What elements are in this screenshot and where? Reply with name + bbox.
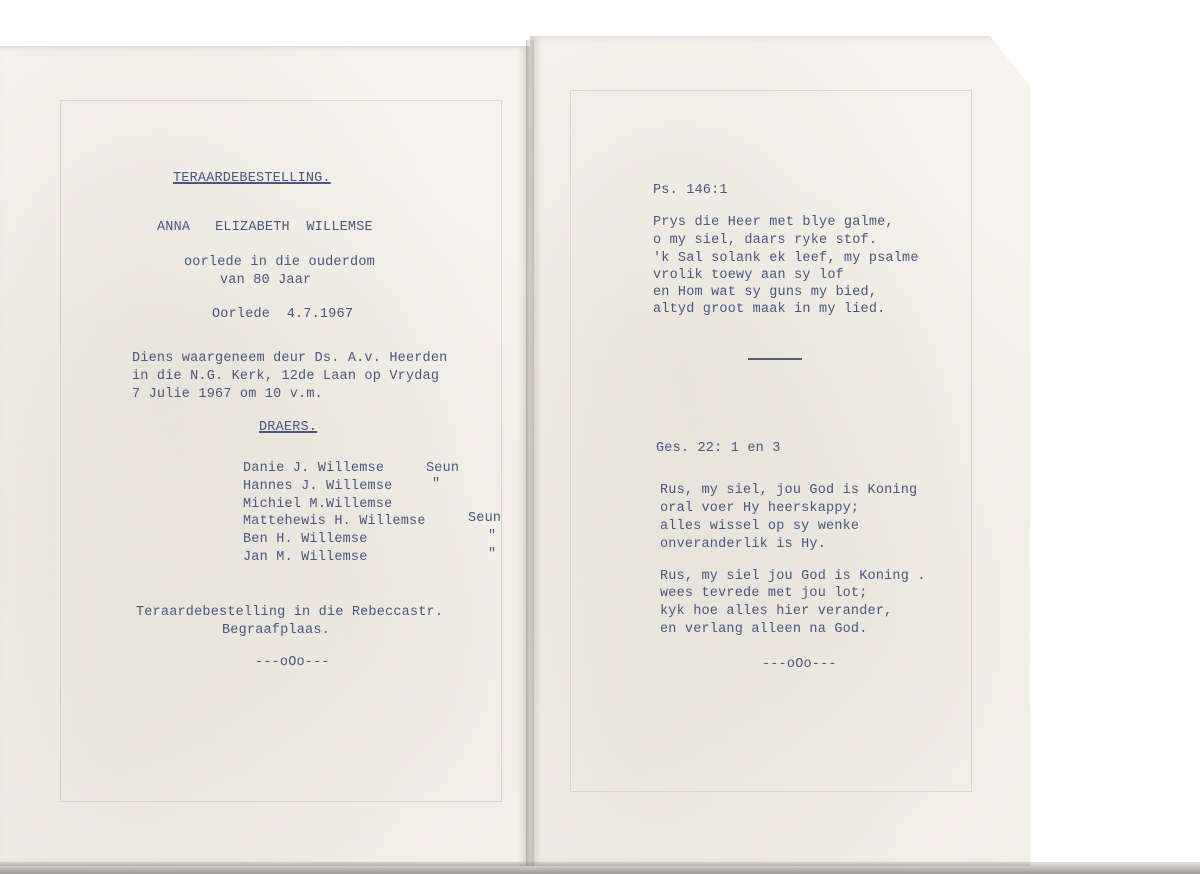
bearer-relation: "	[488, 528, 496, 546]
deceased-name: ANNA ELIZABETH WILLEMSE	[157, 219, 373, 237]
document-title: TERAARDEBESTELLING.	[173, 170, 331, 188]
service-line-3: 7 Julie 1967 om 10 v.m.	[132, 386, 323, 404]
bottom-edge-shadow	[0, 862, 1200, 874]
psalm-reference: Ps. 146:1	[653, 182, 728, 200]
bearer-name: Jan M. Willemse	[243, 549, 368, 567]
left-page-border	[60, 100, 502, 802]
hymn-reference: Ges. 22: 1 en 3	[656, 440, 781, 458]
psalm-line: en Hom wat sy guns my bied,	[653, 284, 877, 302]
psalm-line: o my siel, daars ryke stof.	[653, 232, 877, 250]
bearer-name: Michiel M.Willemse	[243, 496, 392, 514]
hymn-line: kyk hoe alles hier verander,	[660, 603, 892, 621]
hymn-line: alles wissel op sy wenke	[660, 518, 859, 536]
hymn-line: Rus, my siel, jou God is Koning	[660, 482, 917, 500]
bearer-name: Danie J. Willemse	[243, 460, 384, 478]
burial-line-1: Teraardebestelling in die Rebeccastr.	[136, 604, 443, 622]
end-mark-right: ---oOo---	[762, 656, 837, 674]
page-fold	[526, 40, 534, 866]
hymn-line: wees tevrede met jou lot;	[660, 585, 868, 603]
bearer-relation: Seun	[426, 460, 459, 478]
bearer-name: Mattehewis H. Willemse	[243, 513, 426, 531]
bearer-relation: Seun	[468, 510, 501, 528]
hymn-line: en verlang alleen na God.	[660, 621, 868, 639]
service-line-1: Diens waargeneem deur Ds. A.v. Heerden	[132, 350, 447, 368]
psalm-line: 'k Sal solank ek leef, my psalme	[653, 250, 919, 268]
bearers-heading: DRAERS.	[259, 419, 317, 437]
hymn-line: onveranderlik is Hy.	[660, 536, 826, 554]
age-line-2: van 80 Jaar	[220, 272, 311, 290]
bearer-relation: "	[488, 546, 496, 564]
burial-line-2: Begraafplaas.	[222, 622, 330, 640]
death-date: Oorlede 4.7.1967	[212, 306, 353, 324]
psalm-line: vrolik toewy aan sy lof	[653, 267, 844, 285]
hymn-line: oral voer Hy heerskappy;	[660, 500, 859, 518]
bearer-relation: "	[432, 476, 440, 494]
separator-line	[748, 358, 802, 360]
end-mark-left: ---oOo---	[255, 654, 330, 672]
service-line-2: in die N.G. Kerk, 12de Laan op Vrydag	[132, 368, 439, 386]
bearer-name: Hannes J. Willemse	[243, 478, 392, 496]
bearer-name: Ben H. Willemse	[243, 531, 368, 549]
psalm-line: Prys die Heer met blye galme,	[653, 214, 894, 232]
hymn-line: Rus, my siel jou God is Koning .	[660, 568, 926, 586]
age-line-1: oorlede in die ouderdom	[184, 254, 375, 272]
psalm-line: altyd groot maak in my lied.	[653, 301, 885, 319]
